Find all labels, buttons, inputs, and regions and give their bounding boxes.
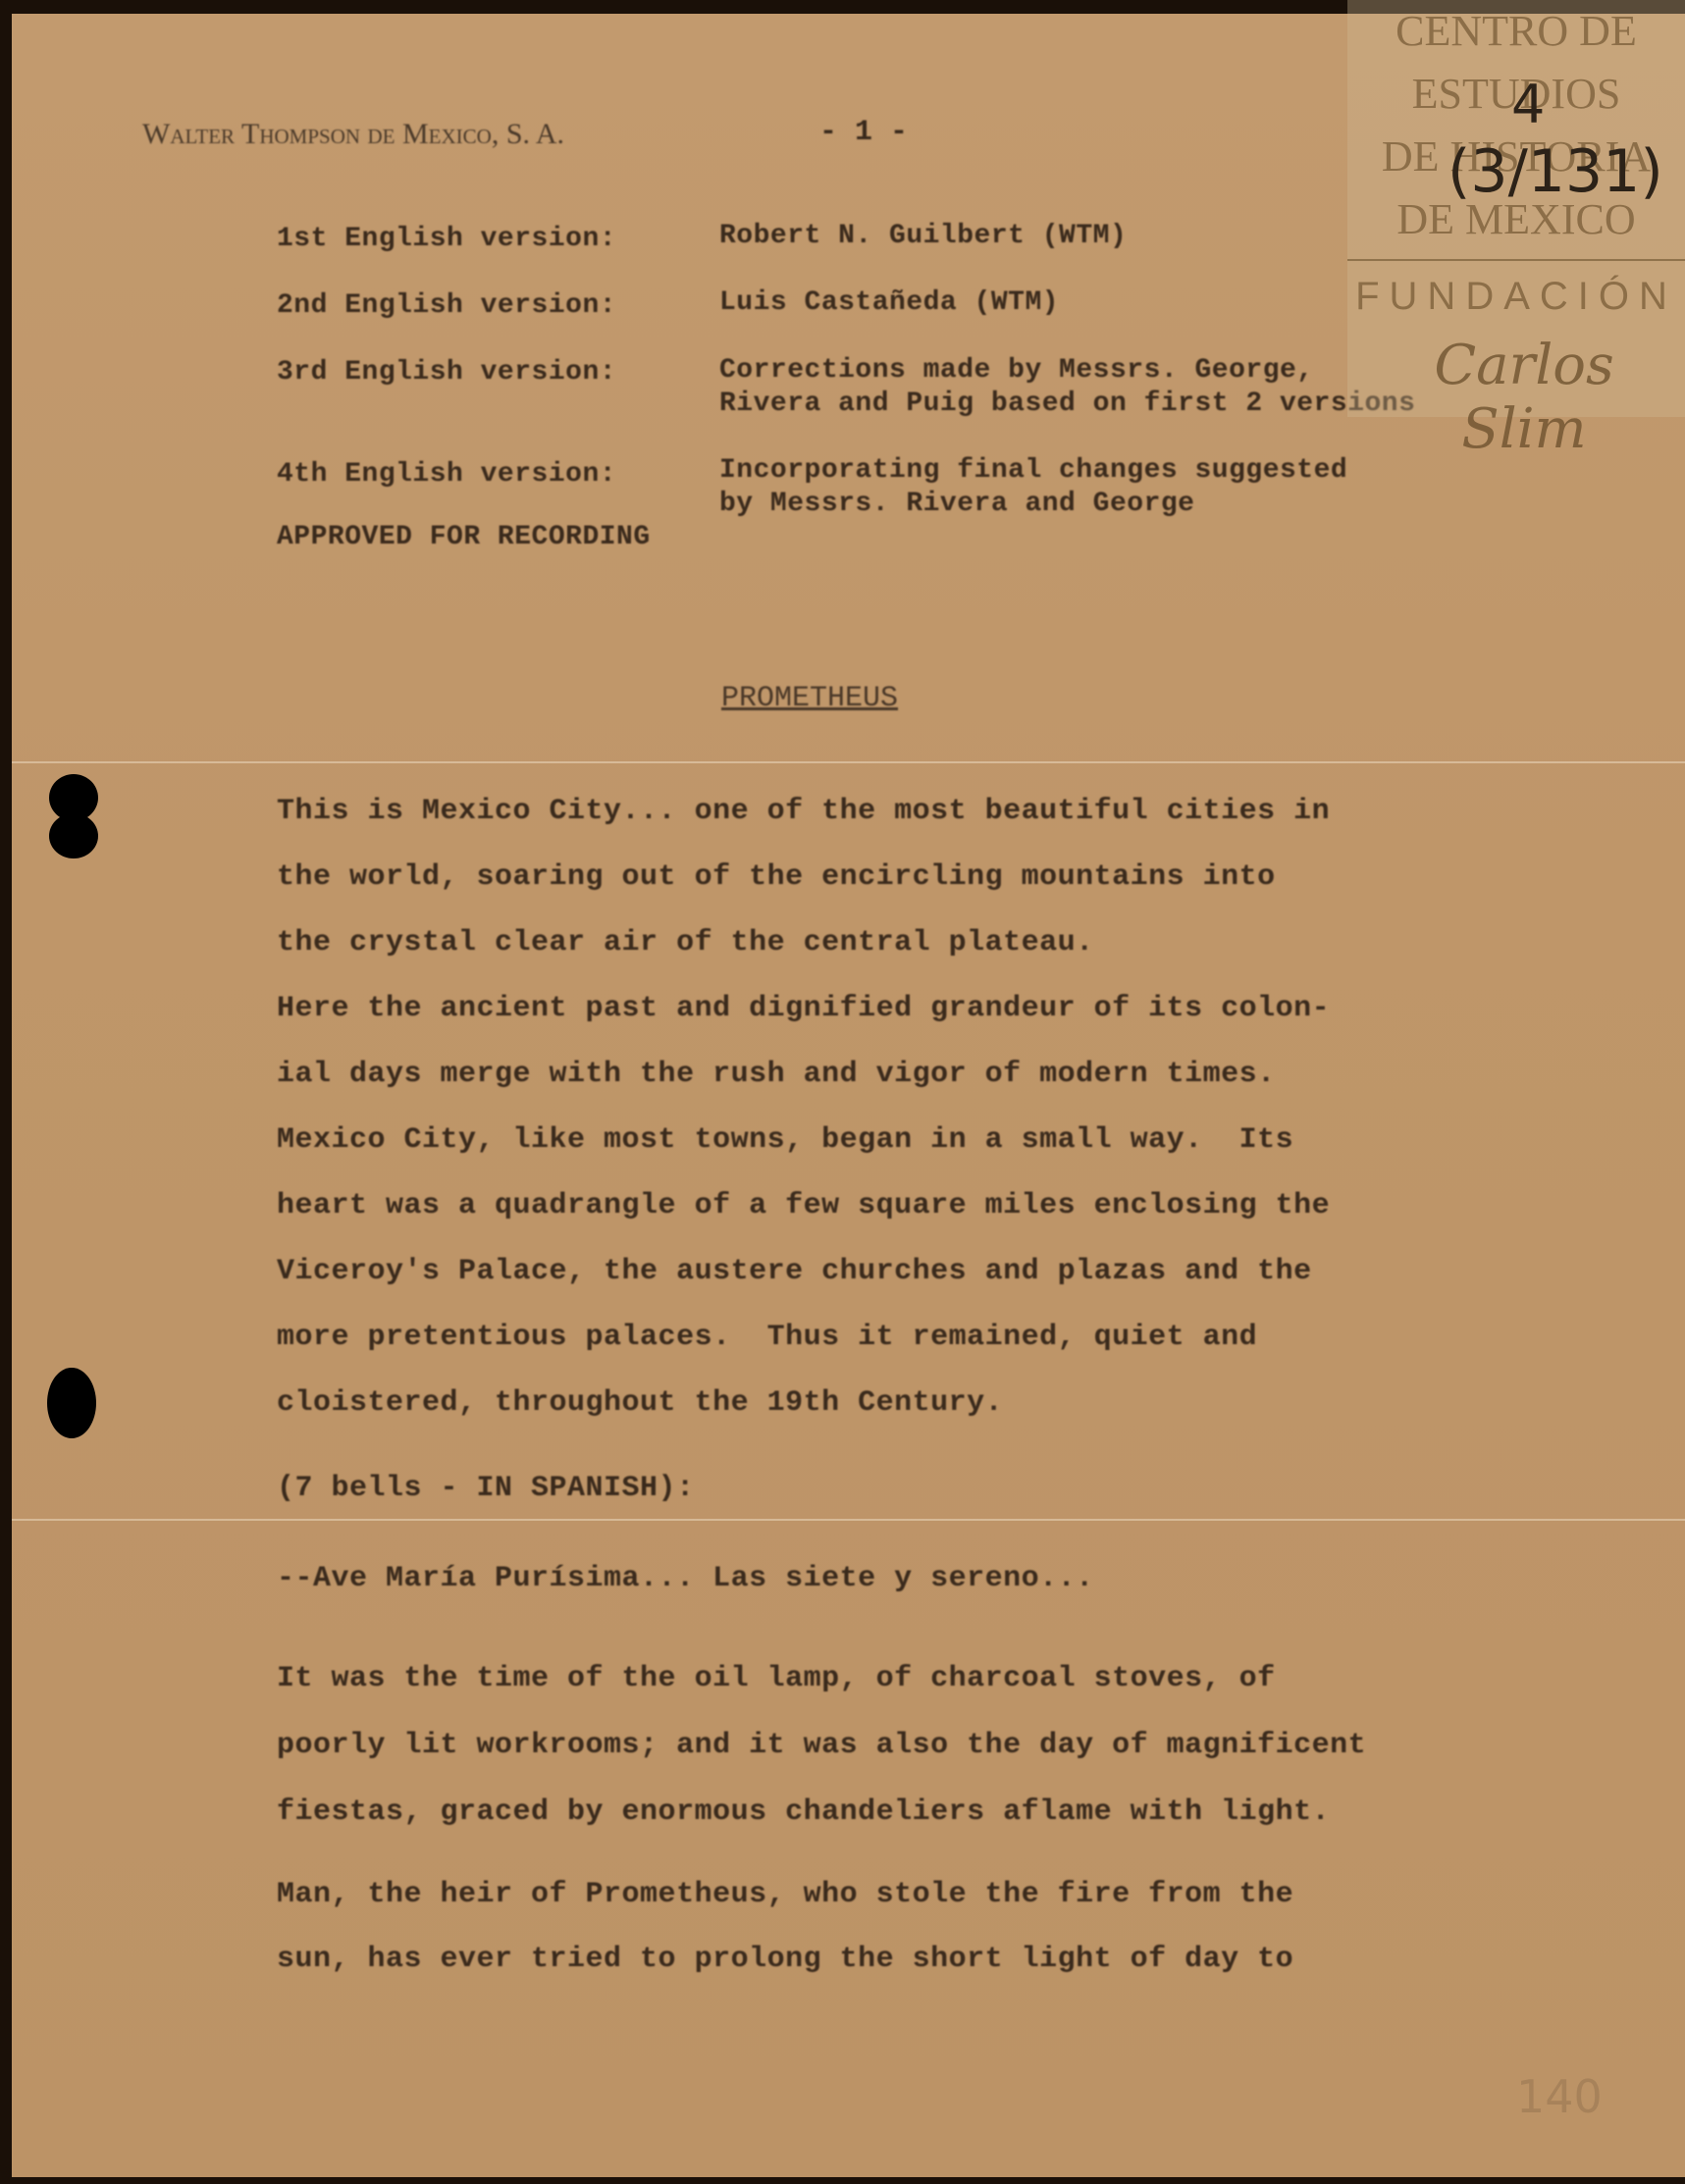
- handwritten-number: 4: [1511, 74, 1545, 135]
- body-line: Here the ancient past and dignified gran…: [277, 992, 1330, 1025]
- spanish-line: --Ave María Purísima... Las siete y sere…: [277, 1562, 1094, 1595]
- watermark-signature: Carlos Slim: [1367, 334, 1681, 461]
- body-line: ial days merge with the rush and vigor o…: [277, 1058, 1276, 1091]
- version-label: 4th English version:: [277, 459, 616, 490]
- body-line: Mexico City, like most towns, began in a…: [277, 1123, 1293, 1157]
- body-line: heart was a quadrangle of a few square m…: [277, 1189, 1330, 1222]
- version-value: Corrections made by Messrs. George,: [719, 355, 1314, 386]
- punch-hole: [47, 1368, 96, 1438]
- archive-watermark: CENTRO DE ESTUDIOS DE HISTORIA DE MEXICO…: [1347, 0, 1685, 417]
- version-value: by Messrs. Rivera and George: [719, 489, 1194, 519]
- watermark-line: CENTRO DE: [1347, 8, 1685, 55]
- body-line: This is Mexico City... one of the most b…: [277, 795, 1330, 828]
- handwritten-page-count: 140: [1516, 2070, 1603, 2123]
- fold-line: [12, 1519, 1685, 1521]
- page-number: - 1 -: [819, 116, 908, 149]
- script-title: PROMETHEUS: [721, 682, 898, 715]
- body-line: sun, has ever tried to prolong the short…: [277, 1943, 1293, 1976]
- handwritten-reference: (3/131): [1448, 137, 1663, 206]
- version-label: 2nd English version:: [277, 290, 616, 321]
- body-line: poorly lit workrooms; and it was also th…: [277, 1729, 1366, 1762]
- punch-hole: [49, 813, 98, 858]
- watermark-divider: [1347, 259, 1685, 261]
- approval-stamp: APPROVED FOR RECORDING: [277, 522, 651, 552]
- body-line: Viceroy's Palace, the austere churches a…: [277, 1255, 1312, 1288]
- body-line: more pretentious palaces. Thus it remain…: [277, 1321, 1257, 1354]
- fold-line: [12, 761, 1685, 763]
- stage-cue: (7 bells - IN SPANISH):: [277, 1472, 695, 1505]
- version-value: Rivera and Puig based on first 2 version…: [719, 389, 1415, 419]
- version-label: 3rd English version:: [277, 357, 616, 388]
- body-line: It was the time of the oil lamp, of char…: [277, 1662, 1276, 1695]
- version-value: Incorporating final changes suggested: [719, 455, 1347, 486]
- body-line: the world, soaring out of the encircling…: [277, 860, 1276, 894]
- version-value: Luis Castañeda (WTM): [719, 287, 1059, 318]
- version-value: Robert N. Guilbert (WTM): [719, 221, 1127, 251]
- body-line: Man, the heir of Prometheus, who stole t…: [277, 1878, 1293, 1911]
- watermark-foundation: FUNDACIÓN: [1347, 275, 1685, 319]
- body-line: the crystal clear air of the central pla…: [277, 926, 1094, 960]
- body-line: cloistered, throughout the 19th Century.: [277, 1386, 1003, 1420]
- body-line: fiestas, graced by enormous chandeliers …: [277, 1795, 1330, 1829]
- company-header: Walter Thompson de Mexico, S. A.: [142, 118, 564, 151]
- version-label: 1st English version:: [277, 224, 616, 254]
